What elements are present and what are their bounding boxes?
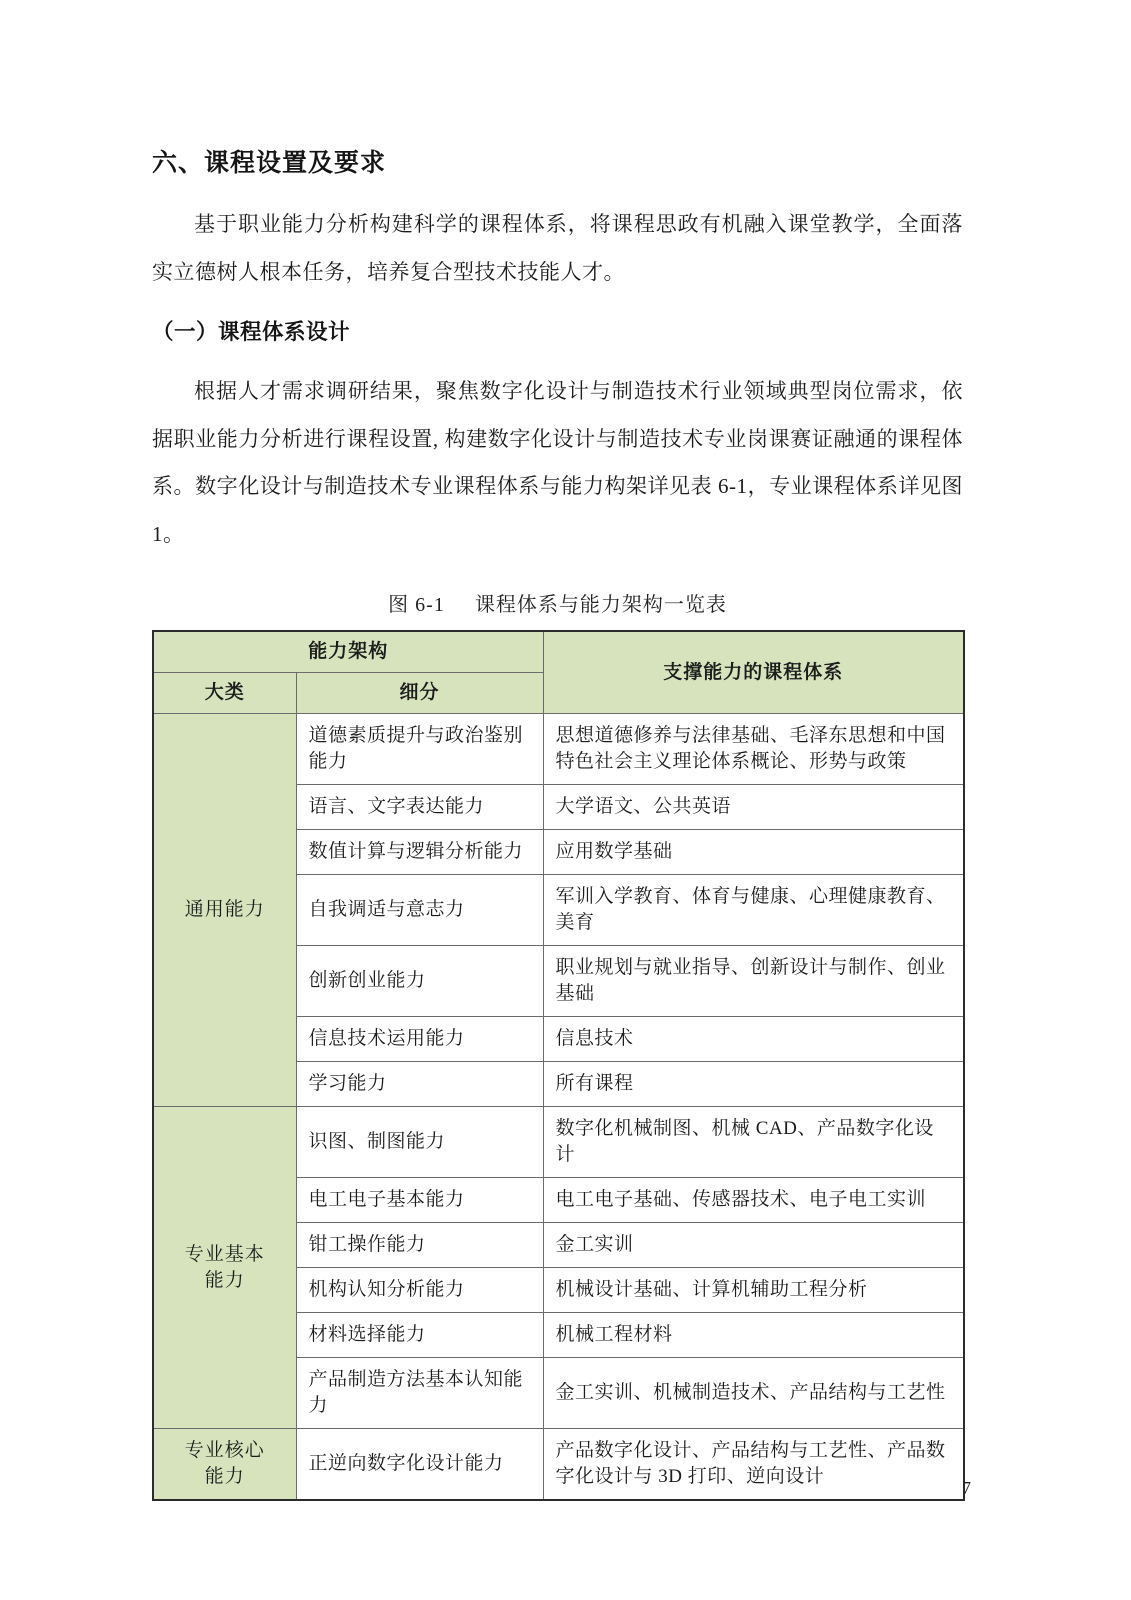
courses-cell: 机械工程材料	[543, 1313, 964, 1358]
page-number: 7	[962, 1478, 971, 1499]
courses-cell: 机械设计基础、计算机辅助工程分析	[543, 1268, 964, 1313]
category-cell: 通用能力	[153, 714, 296, 1107]
subdivision-cell: 自我调适与意志力	[296, 875, 543, 946]
courses-cell: 所有课程	[543, 1062, 964, 1107]
curriculum-ability-table: 能力架构 支撑能力的课程体系 大类 细分 通用能力道德素质提升与政治鉴别能力思想…	[152, 630, 965, 1501]
subdivision-cell: 创新创业能力	[296, 946, 543, 1017]
section-heading: 六、课程设置及要求	[152, 143, 963, 179]
paragraph-intro: 基于职业能力分析构建科学的课程体系，将课程思政有机融入课堂教学，全面落实立德树人…	[152, 201, 963, 296]
table-caption: 图 6-1课程体系与能力架构一览表	[152, 588, 963, 617]
subdivision-cell: 学习能力	[296, 1062, 543, 1107]
header-subdivision: 细分	[296, 673, 543, 714]
courses-cell: 电工电子基础、传感器技术、电子电工实训	[543, 1178, 964, 1223]
table-row: 专业基本 能力识图、制图能力数字化机械制图、机械 CAD、产品数字化设计	[153, 1107, 964, 1178]
courses-cell: 数字化机械制图、机械 CAD、产品数字化设计	[543, 1107, 964, 1178]
courses-cell: 大学语文、公共英语	[543, 785, 964, 830]
category-cell: 专业基本 能力	[153, 1107, 296, 1429]
table-row: 专业核心 能力正逆向数字化设计能力产品数字化设计、产品结构与工艺性、产品数字化设…	[153, 1429, 964, 1501]
courses-cell: 金工实训、机械制造技术、产品结构与工艺性	[543, 1358, 964, 1429]
subdivision-cell: 识图、制图能力	[296, 1107, 543, 1178]
subdivision-cell: 产品制造方法基本认知能力	[296, 1358, 543, 1429]
subdivision-cell: 数值计算与逻辑分析能力	[296, 830, 543, 875]
courses-cell: 职业规划与就业指导、创新设计与制作、创业基础	[543, 946, 964, 1017]
subdivision-cell: 正逆向数字化设计能力	[296, 1429, 543, 1501]
header-ability-framework: 能力架构	[153, 631, 543, 673]
text-block: 六、课程设置及要求 基于职业能力分析构建科学的课程体系，将课程思政有机融入课堂教…	[152, 0, 963, 1501]
courses-cell: 应用数学基础	[543, 830, 964, 875]
courses-cell: 产品数字化设计、产品结构与工艺性、产品数字化设计与 3D 打印、逆向设计	[543, 1429, 964, 1501]
courses-cell: 思想道德修养与法律基础、毛泽东思想和中国特色社会主义理论体系概论、形势与政策	[543, 714, 964, 785]
subdivision-cell: 信息技术运用能力	[296, 1017, 543, 1062]
subsection-heading: （一）课程体系设计	[152, 315, 963, 346]
header-category: 大类	[153, 673, 296, 714]
table-row: 通用能力道德素质提升与政治鉴别能力思想道德修养与法律基础、毛泽东思想和中国特色社…	[153, 714, 964, 785]
subdivision-cell: 钳工操作能力	[296, 1223, 543, 1268]
header-supporting-courses: 支撑能力的课程体系	[543, 631, 964, 714]
table-header-row-1: 能力架构 支撑能力的课程体系	[153, 631, 964, 673]
paragraph-curriculum-design: 根据人才需求调研结果，聚焦数字化设计与制造技术行业领域典型岗位需求，依据职业能力…	[152, 368, 963, 558]
courses-cell: 军训入学教育、体育与健康、心理健康教育、美育	[543, 875, 964, 946]
table-caption-label: 图 6-1	[388, 594, 445, 616]
document-page: 六、课程设置及要求 基于职业能力分析构建科学的课程体系，将课程思政有机融入课堂教…	[0, 0, 1131, 1600]
subdivision-cell: 语言、文字表达能力	[296, 785, 543, 830]
subdivision-cell: 机构认知分析能力	[296, 1268, 543, 1313]
table-caption-title: 课程体系与能力架构一览表	[475, 594, 727, 616]
subdivision-cell: 材料选择能力	[296, 1313, 543, 1358]
category-cell: 专业核心 能力	[153, 1429, 296, 1501]
subdivision-cell: 电工电子基本能力	[296, 1178, 543, 1223]
courses-cell: 信息技术	[543, 1017, 964, 1062]
subdivision-cell: 道德素质提升与政治鉴别能力	[296, 714, 543, 785]
courses-cell: 金工实训	[543, 1223, 964, 1268]
